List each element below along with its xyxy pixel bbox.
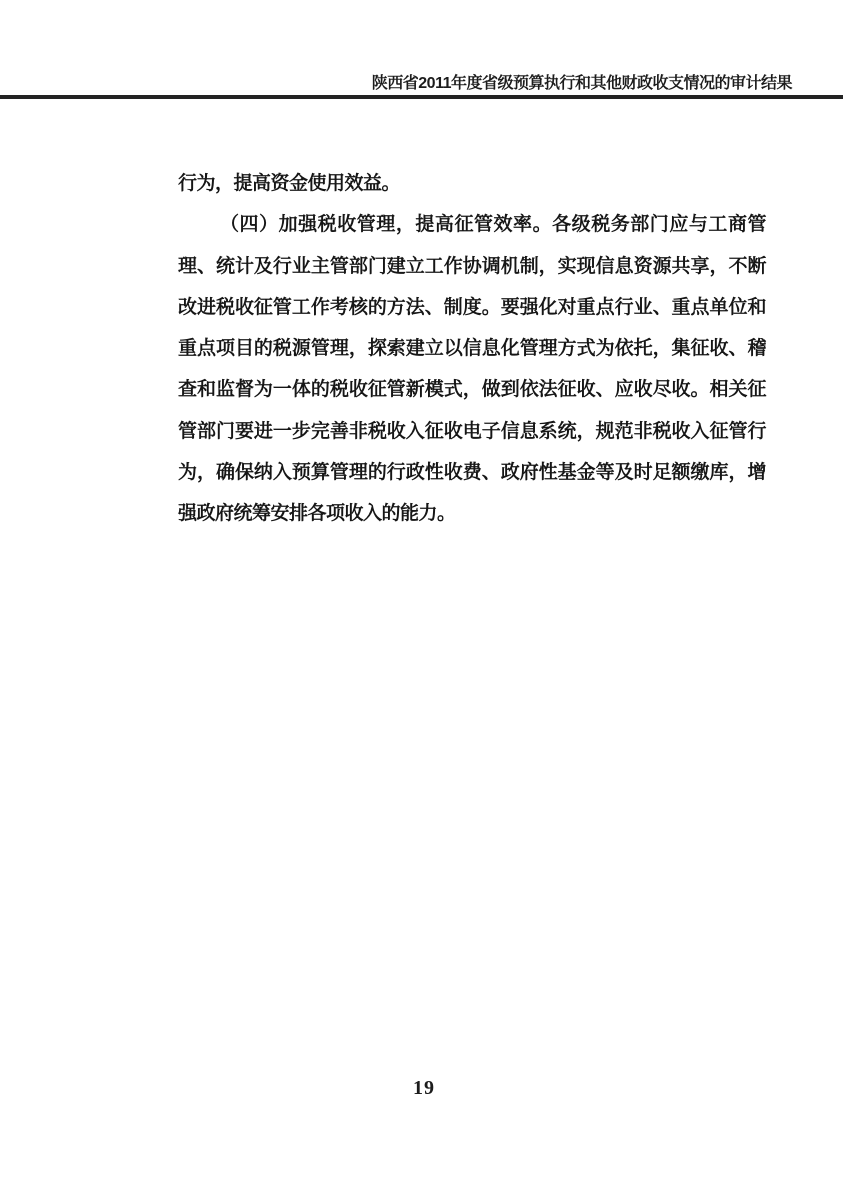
- page-number: 19: [0, 1077, 848, 1100]
- text-line: 改进税收征管工作考核的方法、制度。要强化对重点行业、重点单位和: [178, 287, 766, 328]
- running-header-title: 陕西省2011年度省级预算执行和其他财政收支情况的审计结果: [372, 70, 792, 93]
- text-line: 重点项目的税源管理，探索建立以信息化管理方式为依托，集征收、稽: [178, 328, 766, 369]
- text-line: 强政府统筹安排各项收入的能力。: [178, 493, 766, 534]
- document-page: 陕西省2011年度省级预算执行和其他财政收支情况的审计结果 行为，提高资金使用效…: [0, 0, 848, 1200]
- text-line: 查和监督为一体的税收征管新模式，做到依法征收、应收尽收。相关征: [178, 369, 766, 410]
- header-rule: [0, 95, 843, 99]
- body-text: 行为，提高资金使用效益。 （四）加强税收管理，提高征管效率。各级税务部门应与工商…: [178, 163, 766, 535]
- text-line: 管部门要进一步完善非税收入征收电子信息系统，规范非税收入征管行: [178, 411, 766, 452]
- text-line: 行为，提高资金使用效益。: [178, 163, 766, 204]
- text-line: 为，确保纳入预算管理的行政性收费、政府性基金等及时足额缴库，增: [178, 452, 766, 493]
- text-line: （四）加强税收管理，提高征管效率。各级税务部门应与工商管: [178, 204, 766, 245]
- text-line: 理、统计及行业主管部门建立工作协调机制，实现信息资源共享，不断: [178, 246, 766, 287]
